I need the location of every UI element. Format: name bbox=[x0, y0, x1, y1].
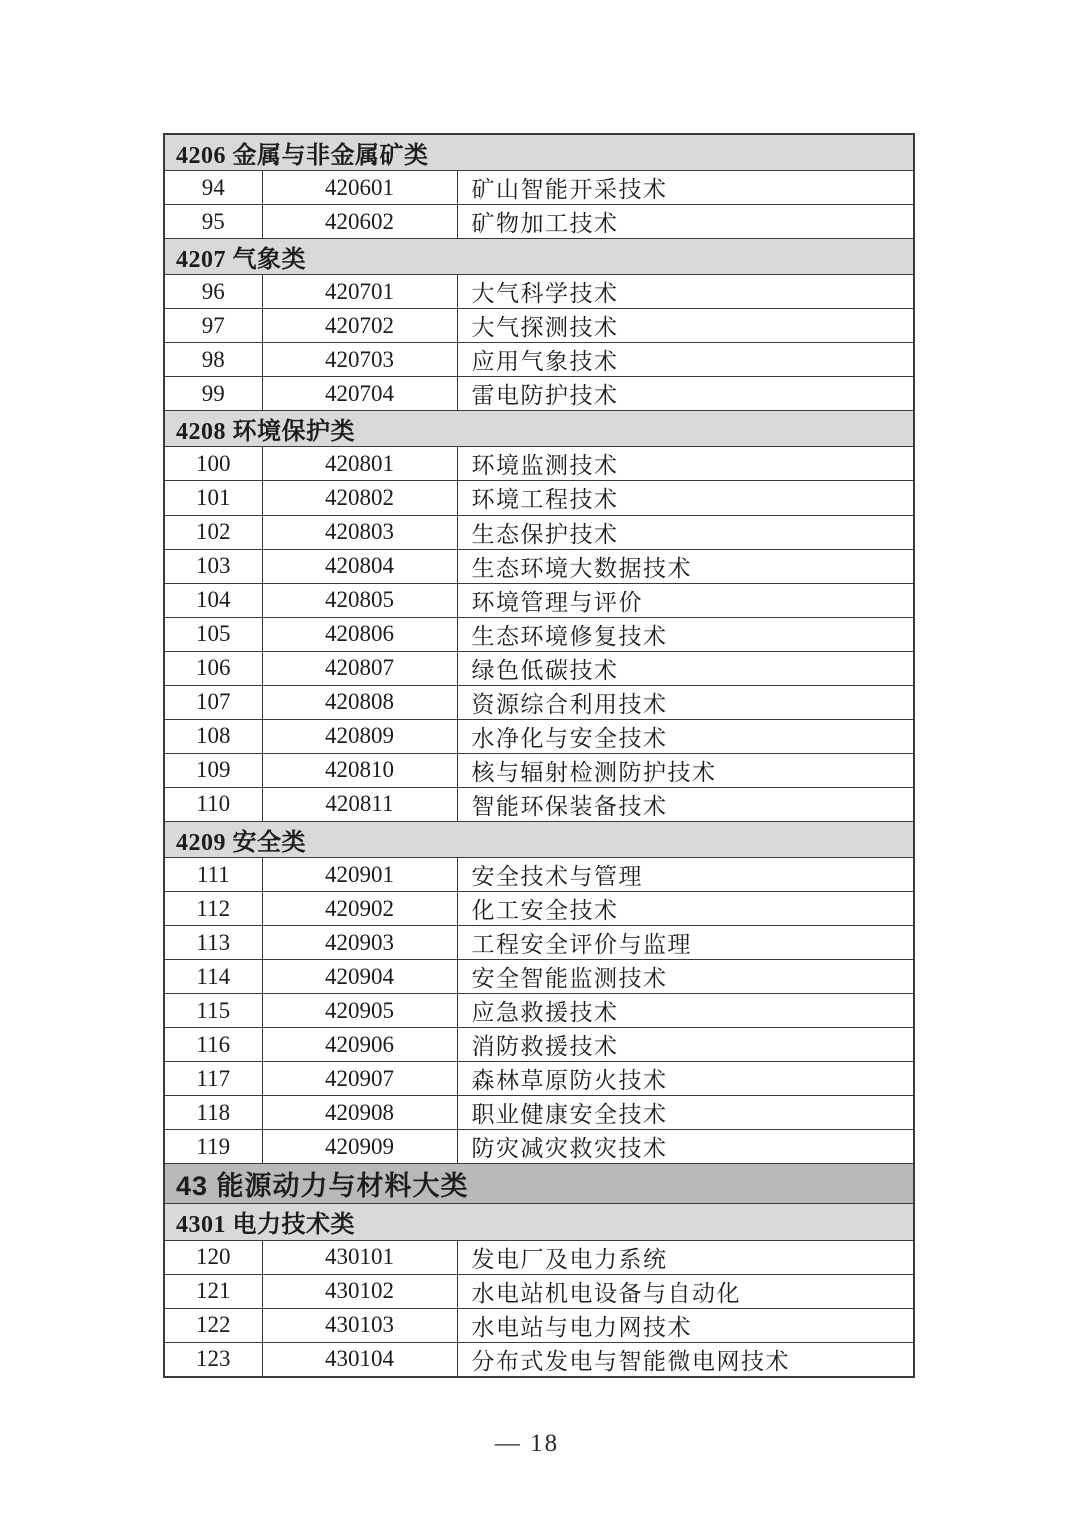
major-code-cell: 420602 bbox=[262, 205, 457, 239]
table-row: 97420702大气探测技术 bbox=[164, 309, 914, 343]
serial-number-cell: 98 bbox=[164, 343, 262, 377]
serial-number-cell: 122 bbox=[164, 1308, 262, 1342]
major-code-cell: 420905 bbox=[262, 994, 457, 1028]
serial-number-cell: 121 bbox=[164, 1274, 262, 1308]
major-code-cell: 420907 bbox=[262, 1062, 457, 1096]
major-code-cell: 430104 bbox=[262, 1342, 457, 1377]
major-name-cell: 绿色低碳技术 bbox=[457, 651, 914, 685]
serial-number-cell: 96 bbox=[164, 275, 262, 309]
subcategory-header-cell: 4207 气象类 bbox=[164, 239, 914, 275]
serial-number-cell: 102 bbox=[164, 515, 262, 549]
major-name-cell: 防灾减灾救灾技术 bbox=[457, 1130, 914, 1164]
subcategory-header-row: 4209 安全类 bbox=[164, 821, 914, 857]
serial-number-cell: 107 bbox=[164, 685, 262, 719]
table-row: 109420810核与辐射检测防护技术 bbox=[164, 753, 914, 787]
table-row: 103420804生态环境大数据技术 bbox=[164, 549, 914, 583]
major-code-cell: 420901 bbox=[262, 857, 457, 891]
major-code-cell: 420811 bbox=[262, 787, 457, 821]
major-name-cell: 应用气象技术 bbox=[457, 343, 914, 377]
serial-number-cell: 120 bbox=[164, 1240, 262, 1274]
major-name-cell: 大气探测技术 bbox=[457, 309, 914, 343]
serial-number-cell: 113 bbox=[164, 926, 262, 960]
major-code-cell: 420701 bbox=[262, 275, 457, 309]
serial-number-cell: 97 bbox=[164, 309, 262, 343]
major-code-cell: 430101 bbox=[262, 1240, 457, 1274]
serial-number-cell: 123 bbox=[164, 1342, 262, 1377]
major-name-cell: 生态保护技术 bbox=[457, 515, 914, 549]
major-name-cell: 环境管理与评价 bbox=[457, 583, 914, 617]
major-name-cell: 雷电防护技术 bbox=[457, 377, 914, 411]
major-name-cell: 职业健康安全技术 bbox=[457, 1096, 914, 1130]
serial-number-cell: 118 bbox=[164, 1096, 262, 1130]
serial-number-cell: 100 bbox=[164, 447, 262, 481]
serial-number-cell: 109 bbox=[164, 753, 262, 787]
major-code-cell: 420704 bbox=[262, 377, 457, 411]
major-name-cell: 化工安全技术 bbox=[457, 892, 914, 926]
major-name-cell: 环境监测技术 bbox=[457, 447, 914, 481]
table-row: 101420802环境工程技术 bbox=[164, 481, 914, 515]
serial-number-cell: 94 bbox=[164, 171, 262, 205]
document-page: 4206 金属与非金属矿类94420601矿山智能开采技术95420602矿物加… bbox=[0, 0, 1080, 1527]
major-name-cell: 森林草原防火技术 bbox=[457, 1062, 914, 1096]
serial-number-cell: 111 bbox=[164, 857, 262, 891]
serial-number-cell: 106 bbox=[164, 651, 262, 685]
page-footer: — 18 bbox=[0, 1430, 1054, 1458]
serial-number-cell: 116 bbox=[164, 1028, 262, 1062]
catalog-table: 4206 金属与非金属矿类94420601矿山智能开采技术95420602矿物加… bbox=[163, 133, 915, 1378]
major-code-cell: 420802 bbox=[262, 481, 457, 515]
table-row: 123430104分布式发电与智能微电网技术 bbox=[164, 1342, 914, 1377]
catalog-table-body: 4206 金属与非金属矿类94420601矿山智能开采技术95420602矿物加… bbox=[164, 134, 914, 1377]
serial-number-cell: 104 bbox=[164, 583, 262, 617]
serial-number-cell: 117 bbox=[164, 1062, 262, 1096]
major-name-cell: 大气科学技术 bbox=[457, 275, 914, 309]
serial-number-cell: 95 bbox=[164, 205, 262, 239]
table-row: 100420801环境监测技术 bbox=[164, 447, 914, 481]
major-name-cell: 安全技术与管理 bbox=[457, 857, 914, 891]
major-code-cell: 420809 bbox=[262, 719, 457, 753]
major-category-header-row: 43 能源动力与材料大类 bbox=[164, 1164, 914, 1204]
major-name-cell: 矿山智能开采技术 bbox=[457, 171, 914, 205]
major-name-cell: 应急救援技术 bbox=[457, 994, 914, 1028]
table-row: 114420904安全智能监测技术 bbox=[164, 960, 914, 994]
table-row: 102420803生态保护技术 bbox=[164, 515, 914, 549]
table-row: 118420908职业健康安全技术 bbox=[164, 1096, 914, 1130]
serial-number-cell: 119 bbox=[164, 1130, 262, 1164]
major-name-cell: 水电站与电力网技术 bbox=[457, 1308, 914, 1342]
table-row: 94420601矿山智能开采技术 bbox=[164, 171, 914, 205]
major-code-cell: 420703 bbox=[262, 343, 457, 377]
serial-number-cell: 115 bbox=[164, 994, 262, 1028]
table-row: 108420809水净化与安全技术 bbox=[164, 719, 914, 753]
major-code-cell: 420906 bbox=[262, 1028, 457, 1062]
subcategory-header-row: 4206 金属与非金属矿类 bbox=[164, 134, 914, 171]
major-code-cell: 420805 bbox=[262, 583, 457, 617]
major-code-cell: 420807 bbox=[262, 651, 457, 685]
major-name-cell: 水电站机电设备与自动化 bbox=[457, 1274, 914, 1308]
subcategory-header-cell: 4206 金属与非金属矿类 bbox=[164, 134, 914, 171]
major-name-cell: 生态环境大数据技术 bbox=[457, 549, 914, 583]
serial-number-cell: 114 bbox=[164, 960, 262, 994]
major-name-cell: 消防救援技术 bbox=[457, 1028, 914, 1062]
table-row: 106420807绿色低碳技术 bbox=[164, 651, 914, 685]
table-row: 122430103水电站与电力网技术 bbox=[164, 1308, 914, 1342]
subcategory-header-cell: 4301 电力技术类 bbox=[164, 1204, 914, 1240]
table-row: 95420602矿物加工技术 bbox=[164, 205, 914, 239]
major-code-cell: 420803 bbox=[262, 515, 457, 549]
table-row: 96420701大气科学技术 bbox=[164, 275, 914, 309]
major-name-cell: 生态环境修复技术 bbox=[457, 617, 914, 651]
major-code-cell: 430103 bbox=[262, 1308, 457, 1342]
table-row: 117420907森林草原防火技术 bbox=[164, 1062, 914, 1096]
table-row: 116420906消防救援技术 bbox=[164, 1028, 914, 1062]
major-name-cell: 核与辐射检测防护技术 bbox=[457, 753, 914, 787]
table-row: 105420806生态环境修复技术 bbox=[164, 617, 914, 651]
table-row: 111420901安全技术与管理 bbox=[164, 857, 914, 891]
major-code-cell: 420908 bbox=[262, 1096, 457, 1130]
serial-number-cell: 110 bbox=[164, 787, 262, 821]
major-code-cell: 420808 bbox=[262, 685, 457, 719]
serial-number-cell: 105 bbox=[164, 617, 262, 651]
major-code-cell: 420909 bbox=[262, 1130, 457, 1164]
major-code-cell: 420806 bbox=[262, 617, 457, 651]
subcategory-header-row: 4301 电力技术类 bbox=[164, 1204, 914, 1240]
table-row: 121430102水电站机电设备与自动化 bbox=[164, 1274, 914, 1308]
major-code-cell: 420801 bbox=[262, 447, 457, 481]
major-name-cell: 分布式发电与智能微电网技术 bbox=[457, 1342, 914, 1377]
serial-number-cell: 101 bbox=[164, 481, 262, 515]
major-code-cell: 420804 bbox=[262, 549, 457, 583]
table-row: 115420905应急救援技术 bbox=[164, 994, 914, 1028]
table-row: 99420704雷电防护技术 bbox=[164, 377, 914, 411]
major-name-cell: 发电厂及电力系统 bbox=[457, 1240, 914, 1274]
major-name-cell: 矿物加工技术 bbox=[457, 205, 914, 239]
major-name-cell: 工程安全评价与监理 bbox=[457, 926, 914, 960]
major-name-cell: 资源综合利用技术 bbox=[457, 685, 914, 719]
table-row: 112420902化工安全技术 bbox=[164, 892, 914, 926]
major-category-header-cell: 43 能源动力与材料大类 bbox=[164, 1164, 914, 1204]
table-row: 120430101发电厂及电力系统 bbox=[164, 1240, 914, 1274]
page-number: — 18 bbox=[495, 1430, 559, 1457]
major-name-cell: 安全智能监测技术 bbox=[457, 960, 914, 994]
major-code-cell: 430102 bbox=[262, 1274, 457, 1308]
table-row: 98420703应用气象技术 bbox=[164, 343, 914, 377]
serial-number-cell: 99 bbox=[164, 377, 262, 411]
major-code-cell: 420902 bbox=[262, 892, 457, 926]
major-code-cell: 420810 bbox=[262, 753, 457, 787]
table-row: 113420903工程安全评价与监理 bbox=[164, 926, 914, 960]
major-code-cell: 420903 bbox=[262, 926, 457, 960]
major-name-cell: 环境工程技术 bbox=[457, 481, 914, 515]
major-code-cell: 420601 bbox=[262, 171, 457, 205]
subcategory-header-cell: 4208 环境保护类 bbox=[164, 411, 914, 447]
serial-number-cell: 103 bbox=[164, 549, 262, 583]
subcategory-header-row: 4207 气象类 bbox=[164, 239, 914, 275]
subcategory-header-row: 4208 环境保护类 bbox=[164, 411, 914, 447]
table-row: 107420808资源综合利用技术 bbox=[164, 685, 914, 719]
table-row: 104420805环境管理与评价 bbox=[164, 583, 914, 617]
subcategory-header-cell: 4209 安全类 bbox=[164, 821, 914, 857]
major-name-cell: 智能环保装备技术 bbox=[457, 787, 914, 821]
serial-number-cell: 112 bbox=[164, 892, 262, 926]
major-name-cell: 水净化与安全技术 bbox=[457, 719, 914, 753]
major-code-cell: 420702 bbox=[262, 309, 457, 343]
serial-number-cell: 108 bbox=[164, 719, 262, 753]
table-row: 119420909防灾减灾救灾技术 bbox=[164, 1130, 914, 1164]
major-code-cell: 420904 bbox=[262, 960, 457, 994]
table-row: 110420811智能环保装备技术 bbox=[164, 787, 914, 821]
